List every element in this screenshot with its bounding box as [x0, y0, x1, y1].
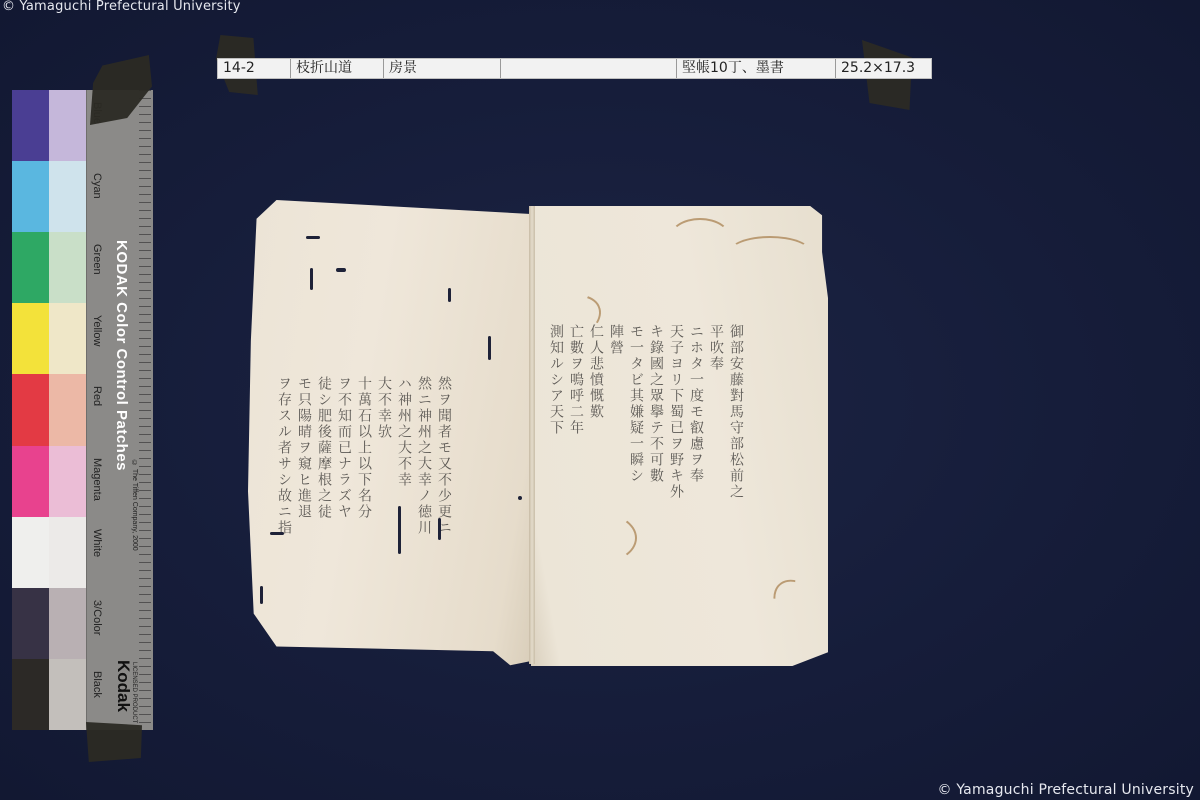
patch-dark [12, 303, 49, 374]
patch-light [49, 232, 86, 303]
catalog-collection: 枝折山道 [291, 59, 384, 78]
patch-label: Cyan [91, 173, 103, 199]
patch-label: Red [91, 386, 103, 406]
wormhole-damage [668, 218, 732, 262]
patch-light [49, 517, 86, 588]
patch-dark [12, 374, 49, 445]
patch-label: White [91, 529, 103, 557]
hole-damage [448, 288, 451, 302]
ruler: BlueCyanGreenYellowRedMagentaWhite3/Colo… [86, 90, 153, 730]
left-page-text: 然ヲ聞者モ又不少更ニ然ニ神州之大幸ノ徳川ハ神州之大不幸大不幸欤十萬石以上以下名分… [276, 376, 452, 646]
patch-3-color [12, 588, 86, 659]
text-column: キ錄國之眾擧テ不可數 [648, 324, 664, 654]
text-column: 陣營 [608, 324, 624, 654]
text-column: 仁人悲憤慨歎 [588, 324, 604, 654]
right-page-text: 御部安藤對馬守部松前之平吹奉ニホタ一度モ叡慮ヲ奉天子ヨリ下蜀已ヲ野キ外キ錄國之眾… [548, 324, 744, 654]
text-column: 十萬石以上以下名分 [356, 376, 372, 646]
patch-red [12, 374, 86, 445]
text-column: モ只陽晴ヲ窺ヒ進退 [296, 376, 312, 646]
patch-dark [12, 588, 49, 659]
patch-magenta [12, 446, 86, 517]
hole-damage [310, 268, 313, 290]
patch-names: BlueCyanGreenYellowRedMagentaWhite3/Colo… [91, 90, 109, 730]
patch-green [12, 232, 86, 303]
catalog-label: 14-2 枝折山道 房景 堅帳10丁、墨書 25.2×17.3 [217, 58, 932, 79]
copyright-credit-top: © Yamaguchi Prefectural University [2, 0, 241, 14]
patch-label: 3/Color [91, 600, 103, 635]
kodak-color-chart: BlueCyanGreenYellowRedMagentaWhite3/Colo… [12, 90, 152, 730]
patch-dark [12, 232, 49, 303]
text-column: 御部安藤對馬守部松前之 [728, 324, 744, 654]
patch-cyan [12, 161, 86, 232]
catalog-title: 房景 [384, 59, 501, 78]
patch-light [49, 161, 86, 232]
hole-damage [398, 506, 401, 554]
patch-dark [12, 90, 49, 161]
ruler-ticks [131, 90, 151, 730]
hole-damage [336, 268, 346, 272]
patch-yellow [12, 303, 86, 374]
color-patches [12, 90, 86, 730]
text-column: 測知ルシア天下 [548, 324, 564, 654]
copyright-credit-bottom: © Yamaguchi Prefectural University [938, 782, 1195, 798]
catalog-number: 14-2 [218, 59, 291, 78]
wormhole-damage [728, 236, 812, 270]
document-book: 然ヲ聞者モ又不少更ニ然ニ神州之大幸ノ徳川ハ神州之大不幸大不幸欤十萬石以上以下名分… [248, 196, 828, 682]
patch-light [49, 588, 86, 659]
hole-damage [270, 532, 284, 535]
text-column: 平吹奉 [708, 324, 724, 654]
text-column: 亡數ヲ鳴呼二年 [568, 324, 584, 654]
tape-chart-bottom [86, 722, 142, 762]
patch-label: Yellow [91, 315, 103, 346]
patch-dark [12, 446, 49, 517]
hole-damage [260, 586, 263, 604]
text-column: ニホタ一度モ叡慮ヲ奉 [688, 324, 704, 654]
patch-light [49, 374, 86, 445]
patch-light [49, 303, 86, 374]
patch-black [12, 659, 86, 730]
patch-label: Green [91, 244, 103, 275]
hole-damage [518, 496, 522, 500]
patch-white [12, 517, 86, 588]
patch-blue [12, 90, 86, 161]
catalog-size: 25.2×17.3 [836, 59, 931, 78]
text-column: ヲ不知而已ナラズヤ [336, 376, 352, 646]
text-column: モ一タビ其嫌疑一瞬シ [628, 324, 644, 654]
hole-damage [438, 518, 441, 540]
patch-light [49, 659, 86, 730]
hole-damage [306, 236, 320, 239]
text-column: 徒シ肥後薩摩根之徒 [316, 376, 332, 646]
patch-label: Magenta [91, 458, 103, 501]
catalog-format: 堅帳10丁、墨書 [677, 59, 836, 78]
hole-damage [488, 336, 491, 360]
patch-label: Black [91, 671, 103, 698]
patch-dark [12, 659, 49, 730]
text-column: 天子ヨリ下蜀已ヲ野キ外 [668, 324, 684, 654]
chart-title: KODAK Color Control Patches [113, 240, 130, 471]
text-column: 然ニ神州之大幸ノ徳川 [416, 376, 432, 646]
book-gutter [529, 206, 535, 664]
patch-light [49, 446, 86, 517]
text-column: 大不幸欤 [376, 376, 392, 646]
wormhole-damage [553, 511, 637, 565]
text-column: 然ヲ聞者モ又不少更ニ [436, 376, 452, 646]
patch-light [49, 90, 86, 161]
patch-dark [12, 517, 49, 588]
catalog-blank [501, 59, 677, 78]
patch-dark [12, 161, 49, 232]
text-column: ヲ存スル者サシ故ニ指 [276, 376, 292, 646]
kodak-logo: Kodak [113, 660, 133, 712]
